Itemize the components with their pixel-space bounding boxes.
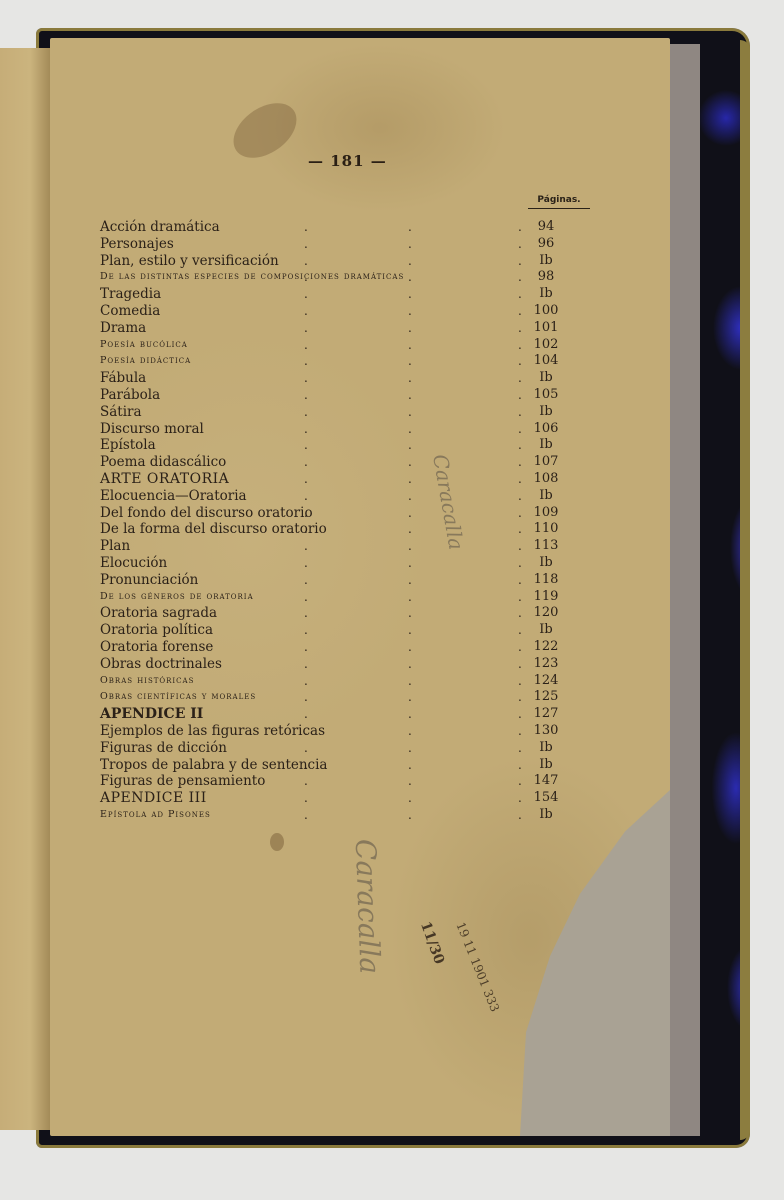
leader-dot: . bbox=[304, 437, 308, 453]
toc-entry-page: Ib bbox=[526, 622, 566, 638]
toc-entry-title: Oratoria sagrada bbox=[100, 605, 217, 621]
leader-dot: . bbox=[408, 790, 412, 806]
toc-entry-page: 98 bbox=[526, 269, 566, 285]
toc-entry-title: ARTE ORATORIA bbox=[100, 471, 229, 487]
toc-entry: Oratoria forense...122 bbox=[100, 639, 580, 656]
toc-entry: Discurso moral...106 bbox=[100, 421, 580, 438]
toc-entry-title: Epístola ad Pisones bbox=[100, 807, 211, 823]
leader-dot: . bbox=[518, 219, 522, 235]
toc-entry: Plan, estilo y versificación...Ib bbox=[100, 253, 580, 270]
toc-entry-page: 105 bbox=[526, 387, 566, 403]
leader-dot: . bbox=[304, 589, 308, 605]
toc-entry: Oratoria política...Ib bbox=[100, 622, 580, 639]
leader-dot: . bbox=[408, 303, 412, 319]
leader-dot: . bbox=[304, 521, 308, 537]
leader-dot: . bbox=[518, 269, 522, 285]
toc-entry-title: Fábula bbox=[100, 370, 146, 386]
handwritten-annotation: Caracalla bbox=[349, 838, 387, 974]
toc-entry-page: 127 bbox=[526, 706, 566, 722]
leader-dot: . bbox=[408, 421, 412, 437]
leader-dot: . bbox=[408, 236, 412, 252]
leader-dot: . bbox=[304, 572, 308, 588]
leader-dot: . bbox=[518, 605, 522, 621]
leader-dot: . bbox=[304, 689, 308, 705]
leader-dot: . bbox=[408, 656, 412, 672]
toc-entry-title: APENDICE II bbox=[100, 706, 203, 722]
leader-dot: . bbox=[518, 673, 522, 689]
leader-dot: . bbox=[304, 740, 308, 756]
leader-dot: . bbox=[304, 320, 308, 336]
leader-dot: . bbox=[304, 219, 308, 235]
leader-dot: . bbox=[518, 320, 522, 336]
leader-dot: . bbox=[518, 807, 522, 823]
leader-dot: . bbox=[408, 521, 412, 537]
toc-entry-page: 113 bbox=[526, 538, 566, 554]
toc-entry-title: Obras históricas bbox=[100, 673, 194, 689]
leader-dot: . bbox=[408, 505, 412, 521]
cover-edge bbox=[740, 40, 750, 1140]
leader-dot: . bbox=[304, 807, 308, 823]
leader-dot: . bbox=[408, 589, 412, 605]
toc-entry-title: Pronunciación bbox=[100, 572, 198, 588]
toc-entry: De la forma del discurso oratorio...110 bbox=[100, 521, 580, 538]
toc-entry-title: De la forma del discurso oratorio bbox=[100, 521, 327, 537]
leader-dot: . bbox=[408, 572, 412, 588]
leader-dot: . bbox=[408, 773, 412, 789]
toc-entry-page: 108 bbox=[526, 471, 566, 487]
leader-dot: . bbox=[304, 337, 308, 353]
leader-dot: . bbox=[408, 471, 412, 487]
leader-dot: . bbox=[304, 505, 308, 521]
leader-dot: . bbox=[518, 706, 522, 722]
leader-dot: . bbox=[518, 589, 522, 605]
toc-entry: Oratoria sagrada...120 bbox=[100, 605, 580, 622]
toc-entry-page: 102 bbox=[526, 337, 566, 353]
toc-entry: Pronunciación...118 bbox=[100, 572, 580, 589]
leader-dot: . bbox=[304, 370, 308, 386]
leader-dot: . bbox=[304, 236, 308, 252]
leader-dot: . bbox=[304, 622, 308, 638]
leader-dot: . bbox=[304, 605, 308, 621]
leader-dot: . bbox=[408, 337, 412, 353]
leader-dot: . bbox=[408, 757, 412, 773]
pages-column-header: Páginas. bbox=[528, 195, 590, 209]
leader-dot: . bbox=[304, 538, 308, 554]
toc-entry: Poesía bucólica...102 bbox=[100, 337, 580, 354]
toc-entry-title: De las distintas especies de composicion… bbox=[100, 269, 404, 285]
leader-dot: . bbox=[408, 320, 412, 336]
toc-entry-title: Obras científicas y morales bbox=[100, 689, 256, 705]
toc-entry: Ejemplos de las figuras retóricas...130 bbox=[100, 723, 580, 740]
toc-entry-page: Ib bbox=[526, 740, 566, 756]
leader-dot: . bbox=[518, 488, 522, 504]
leader-dot: . bbox=[518, 790, 522, 806]
toc-entry: Poema didascálico...107 bbox=[100, 454, 580, 471]
spot-stain bbox=[270, 833, 284, 851]
toc-entry: Obras históricas...124 bbox=[100, 673, 580, 690]
leader-dot: . bbox=[408, 706, 412, 722]
toc-entry-page: Ib bbox=[526, 253, 566, 269]
leader-dot: . bbox=[304, 773, 308, 789]
leader-dot: . bbox=[408, 605, 412, 621]
leader-dot: . bbox=[304, 471, 308, 487]
toc-entry: Tropos de palabra y de sentencia...Ib bbox=[100, 757, 580, 774]
toc-entry-page: Ib bbox=[526, 370, 566, 386]
leader-dot: . bbox=[304, 656, 308, 672]
toc-entry-title: APENDICE III bbox=[100, 790, 207, 806]
leader-dot: . bbox=[408, 689, 412, 705]
toc-entry-title: Epístola bbox=[100, 437, 156, 453]
toc-entry-page: 94 bbox=[526, 219, 566, 235]
toc-entry-page: 154 bbox=[526, 790, 566, 806]
leader-dot: . bbox=[518, 421, 522, 437]
toc-entry-page: Ib bbox=[526, 807, 566, 823]
toc-entry: Epístola ad Pisones...Ib bbox=[100, 807, 580, 824]
toc-entry-title: Del fondo del discurso oratorio bbox=[100, 505, 313, 521]
leader-dot: . bbox=[304, 387, 308, 403]
toc-entry-page: 106 bbox=[526, 421, 566, 437]
leader-dot: . bbox=[518, 505, 522, 521]
leader-dot: . bbox=[304, 639, 308, 655]
toc-entry: De las distintas especies de composicion… bbox=[100, 269, 580, 286]
toc-entry: ARTE ORATORIA...108 bbox=[100, 471, 580, 488]
toc-entry-page: Ib bbox=[526, 757, 566, 773]
leader-dot: . bbox=[304, 253, 308, 269]
toc-entry-page: Ib bbox=[526, 555, 566, 571]
toc-entry-title: Poema didascálico bbox=[100, 454, 226, 470]
toc-entry-page: 109 bbox=[526, 505, 566, 521]
toc-entry-page: 125 bbox=[526, 689, 566, 705]
leader-dot: . bbox=[304, 303, 308, 319]
leader-dot: . bbox=[518, 236, 522, 252]
leader-dot: . bbox=[408, 253, 412, 269]
toc-entry: Fábula...Ib bbox=[100, 370, 580, 387]
toc-entry-title: Tragedia bbox=[100, 286, 161, 302]
toc-entry-page: 147 bbox=[526, 773, 566, 789]
leader-dot: . bbox=[518, 538, 522, 554]
leader-dot: . bbox=[408, 370, 412, 386]
leader-dot: . bbox=[518, 740, 522, 756]
leader-dot: . bbox=[518, 757, 522, 773]
leader-dot: . bbox=[304, 421, 308, 437]
leader-dot: . bbox=[408, 286, 412, 302]
leader-dot: . bbox=[518, 387, 522, 403]
toc-entry-page: 104 bbox=[526, 353, 566, 369]
toc-entry-title: Tropos de palabra y de sentencia bbox=[100, 757, 327, 773]
toc-entry-title: Parábola bbox=[100, 387, 160, 403]
toc-entry-title: De los géneros de oratoria bbox=[100, 589, 254, 605]
toc-entry-title: Elocuencia—Oratoria bbox=[100, 488, 247, 504]
leader-dot: . bbox=[518, 723, 522, 739]
leader-dot: . bbox=[304, 353, 308, 369]
leader-dot: . bbox=[518, 437, 522, 453]
toc-entry: Obras científicas y morales...125 bbox=[100, 689, 580, 706]
toc-entry: Comedia...100 bbox=[100, 303, 580, 320]
leader-dot: . bbox=[408, 723, 412, 739]
left-facing-page bbox=[0, 48, 50, 1130]
toc-entry-page: Ib bbox=[526, 404, 566, 420]
toc-entry-page: 123 bbox=[526, 656, 566, 672]
toc-entry: APENDICE II...127 bbox=[100, 706, 580, 723]
toc-entry-title: Figuras de pensamiento bbox=[100, 773, 265, 789]
leader-dot: . bbox=[518, 773, 522, 789]
toc-entry-title: Oratoria forense bbox=[100, 639, 213, 655]
toc-entry-title: Ejemplos de las figuras retóricas bbox=[100, 723, 325, 739]
leader-dot: . bbox=[408, 639, 412, 655]
toc-entry: Epístola...Ib bbox=[100, 437, 580, 454]
leader-dot: . bbox=[518, 471, 522, 487]
leader-dot: . bbox=[408, 387, 412, 403]
leader-dot: . bbox=[518, 656, 522, 672]
leader-dot: . bbox=[518, 353, 522, 369]
leader-dot: . bbox=[408, 437, 412, 453]
leader-dot: . bbox=[304, 555, 308, 571]
leader-dot: . bbox=[408, 807, 412, 823]
toc-entry-title: Plan, estilo y versificación bbox=[100, 253, 279, 269]
toc-entry: APENDICE III...154 bbox=[100, 790, 580, 807]
leader-dot: . bbox=[408, 673, 412, 689]
leader-dot: . bbox=[408, 555, 412, 571]
leader-dot: . bbox=[408, 404, 412, 420]
toc-entry: Figuras de pensamiento...147 bbox=[100, 773, 580, 790]
toc-entry-page: 119 bbox=[526, 589, 566, 605]
toc-entry: Sátira...Ib bbox=[100, 404, 580, 421]
toc-entry-title: Oratoria política bbox=[100, 622, 213, 638]
toc-entry-title: Obras doctrinales bbox=[100, 656, 222, 672]
leader-dot: . bbox=[304, 790, 308, 806]
leader-dot: . bbox=[304, 673, 308, 689]
leader-dot: . bbox=[304, 286, 308, 302]
leader-dot: . bbox=[518, 253, 522, 269]
leader-dot: . bbox=[408, 488, 412, 504]
toc-entry-title: Poesía didáctica bbox=[100, 353, 191, 369]
toc-entry: Parábola...105 bbox=[100, 387, 580, 404]
toc-entry-page: 130 bbox=[526, 723, 566, 739]
toc-entry-title: Sátira bbox=[100, 404, 142, 420]
toc-entry-title: Comedia bbox=[100, 303, 160, 319]
leader-dot: . bbox=[518, 521, 522, 537]
toc-entry-page: Ib bbox=[526, 286, 566, 302]
leader-dot: . bbox=[518, 370, 522, 386]
toc-entry: De los géneros de oratoria...119 bbox=[100, 589, 580, 606]
page-number: — 181 — bbox=[308, 152, 387, 170]
toc-entry-title: Plan bbox=[100, 538, 130, 554]
toc-entry: Acción dramática...94 bbox=[100, 219, 580, 236]
leader-dot: . bbox=[518, 555, 522, 571]
toc-entry-page: 100 bbox=[526, 303, 566, 319]
leader-dot: . bbox=[408, 219, 412, 235]
toc-entry-title: Drama bbox=[100, 320, 146, 336]
toc-entry-title: Personajes bbox=[100, 236, 174, 252]
leader-dot: . bbox=[408, 538, 412, 554]
leader-dot: . bbox=[518, 639, 522, 655]
leader-dot: . bbox=[518, 337, 522, 353]
leader-dot: . bbox=[304, 454, 308, 470]
leader-dot: . bbox=[518, 303, 522, 319]
toc-entry: Poesía didáctica...104 bbox=[100, 353, 580, 370]
toc-entry: Personajes...96 bbox=[100, 236, 580, 253]
toc-entry-page: 101 bbox=[526, 320, 566, 336]
leader-dot: . bbox=[518, 572, 522, 588]
toc-entry: Elocución...Ib bbox=[100, 555, 580, 572]
toc-entry-title: Discurso moral bbox=[100, 421, 204, 437]
toc-entry-page: 118 bbox=[526, 572, 566, 588]
toc-entry-title: Elocución bbox=[100, 555, 167, 571]
leader-dot: . bbox=[408, 454, 412, 470]
table-of-contents: Acción dramática...94Personajes...96Plan… bbox=[100, 219, 580, 824]
leader-dot: . bbox=[304, 723, 308, 739]
toc-entry-page: Ib bbox=[526, 437, 566, 453]
leader-dot: . bbox=[304, 404, 308, 420]
leader-dot: . bbox=[408, 740, 412, 756]
toc-entry: Figuras de dicción...Ib bbox=[100, 740, 580, 757]
toc-entry-title: Poesía bucólica bbox=[100, 337, 188, 353]
toc-entry-page: Ib bbox=[526, 488, 566, 504]
toc-entry-page: 124 bbox=[526, 673, 566, 689]
toc-entry: Elocuencia—Oratoria...Ib bbox=[100, 488, 580, 505]
leader-dot: . bbox=[518, 454, 522, 470]
leader-dot: . bbox=[408, 269, 412, 285]
ink-stain bbox=[223, 92, 306, 169]
leader-dot: . bbox=[408, 622, 412, 638]
leader-dot: . bbox=[518, 689, 522, 705]
toc-entry-page: 96 bbox=[526, 236, 566, 252]
leader-dot: . bbox=[408, 353, 412, 369]
leader-dot: . bbox=[304, 757, 308, 773]
leader-dot: . bbox=[304, 269, 308, 285]
leader-dot: . bbox=[518, 622, 522, 638]
toc-entry: Tragedia...Ib bbox=[100, 286, 580, 303]
toc-entry-title: Acción dramática bbox=[100, 219, 220, 235]
toc-entry: Plan...113 bbox=[100, 538, 580, 555]
toc-entry-title: Figuras de dicción bbox=[100, 740, 227, 756]
leader-dot: . bbox=[304, 488, 308, 504]
toc-entry-page: 107 bbox=[526, 454, 566, 470]
leader-dot: . bbox=[304, 706, 308, 722]
toc-entry-page: 110 bbox=[526, 521, 566, 537]
toc-entry-page: 122 bbox=[526, 639, 566, 655]
toc-entry: Del fondo del discurso oratorio...109 bbox=[100, 505, 580, 522]
toc-entry: Obras doctrinales...123 bbox=[100, 656, 580, 673]
toc-entry-page: 120 bbox=[526, 605, 566, 621]
toc-entry: Drama...101 bbox=[100, 320, 580, 337]
leader-dot: . bbox=[518, 286, 522, 302]
leader-dot: . bbox=[518, 404, 522, 420]
